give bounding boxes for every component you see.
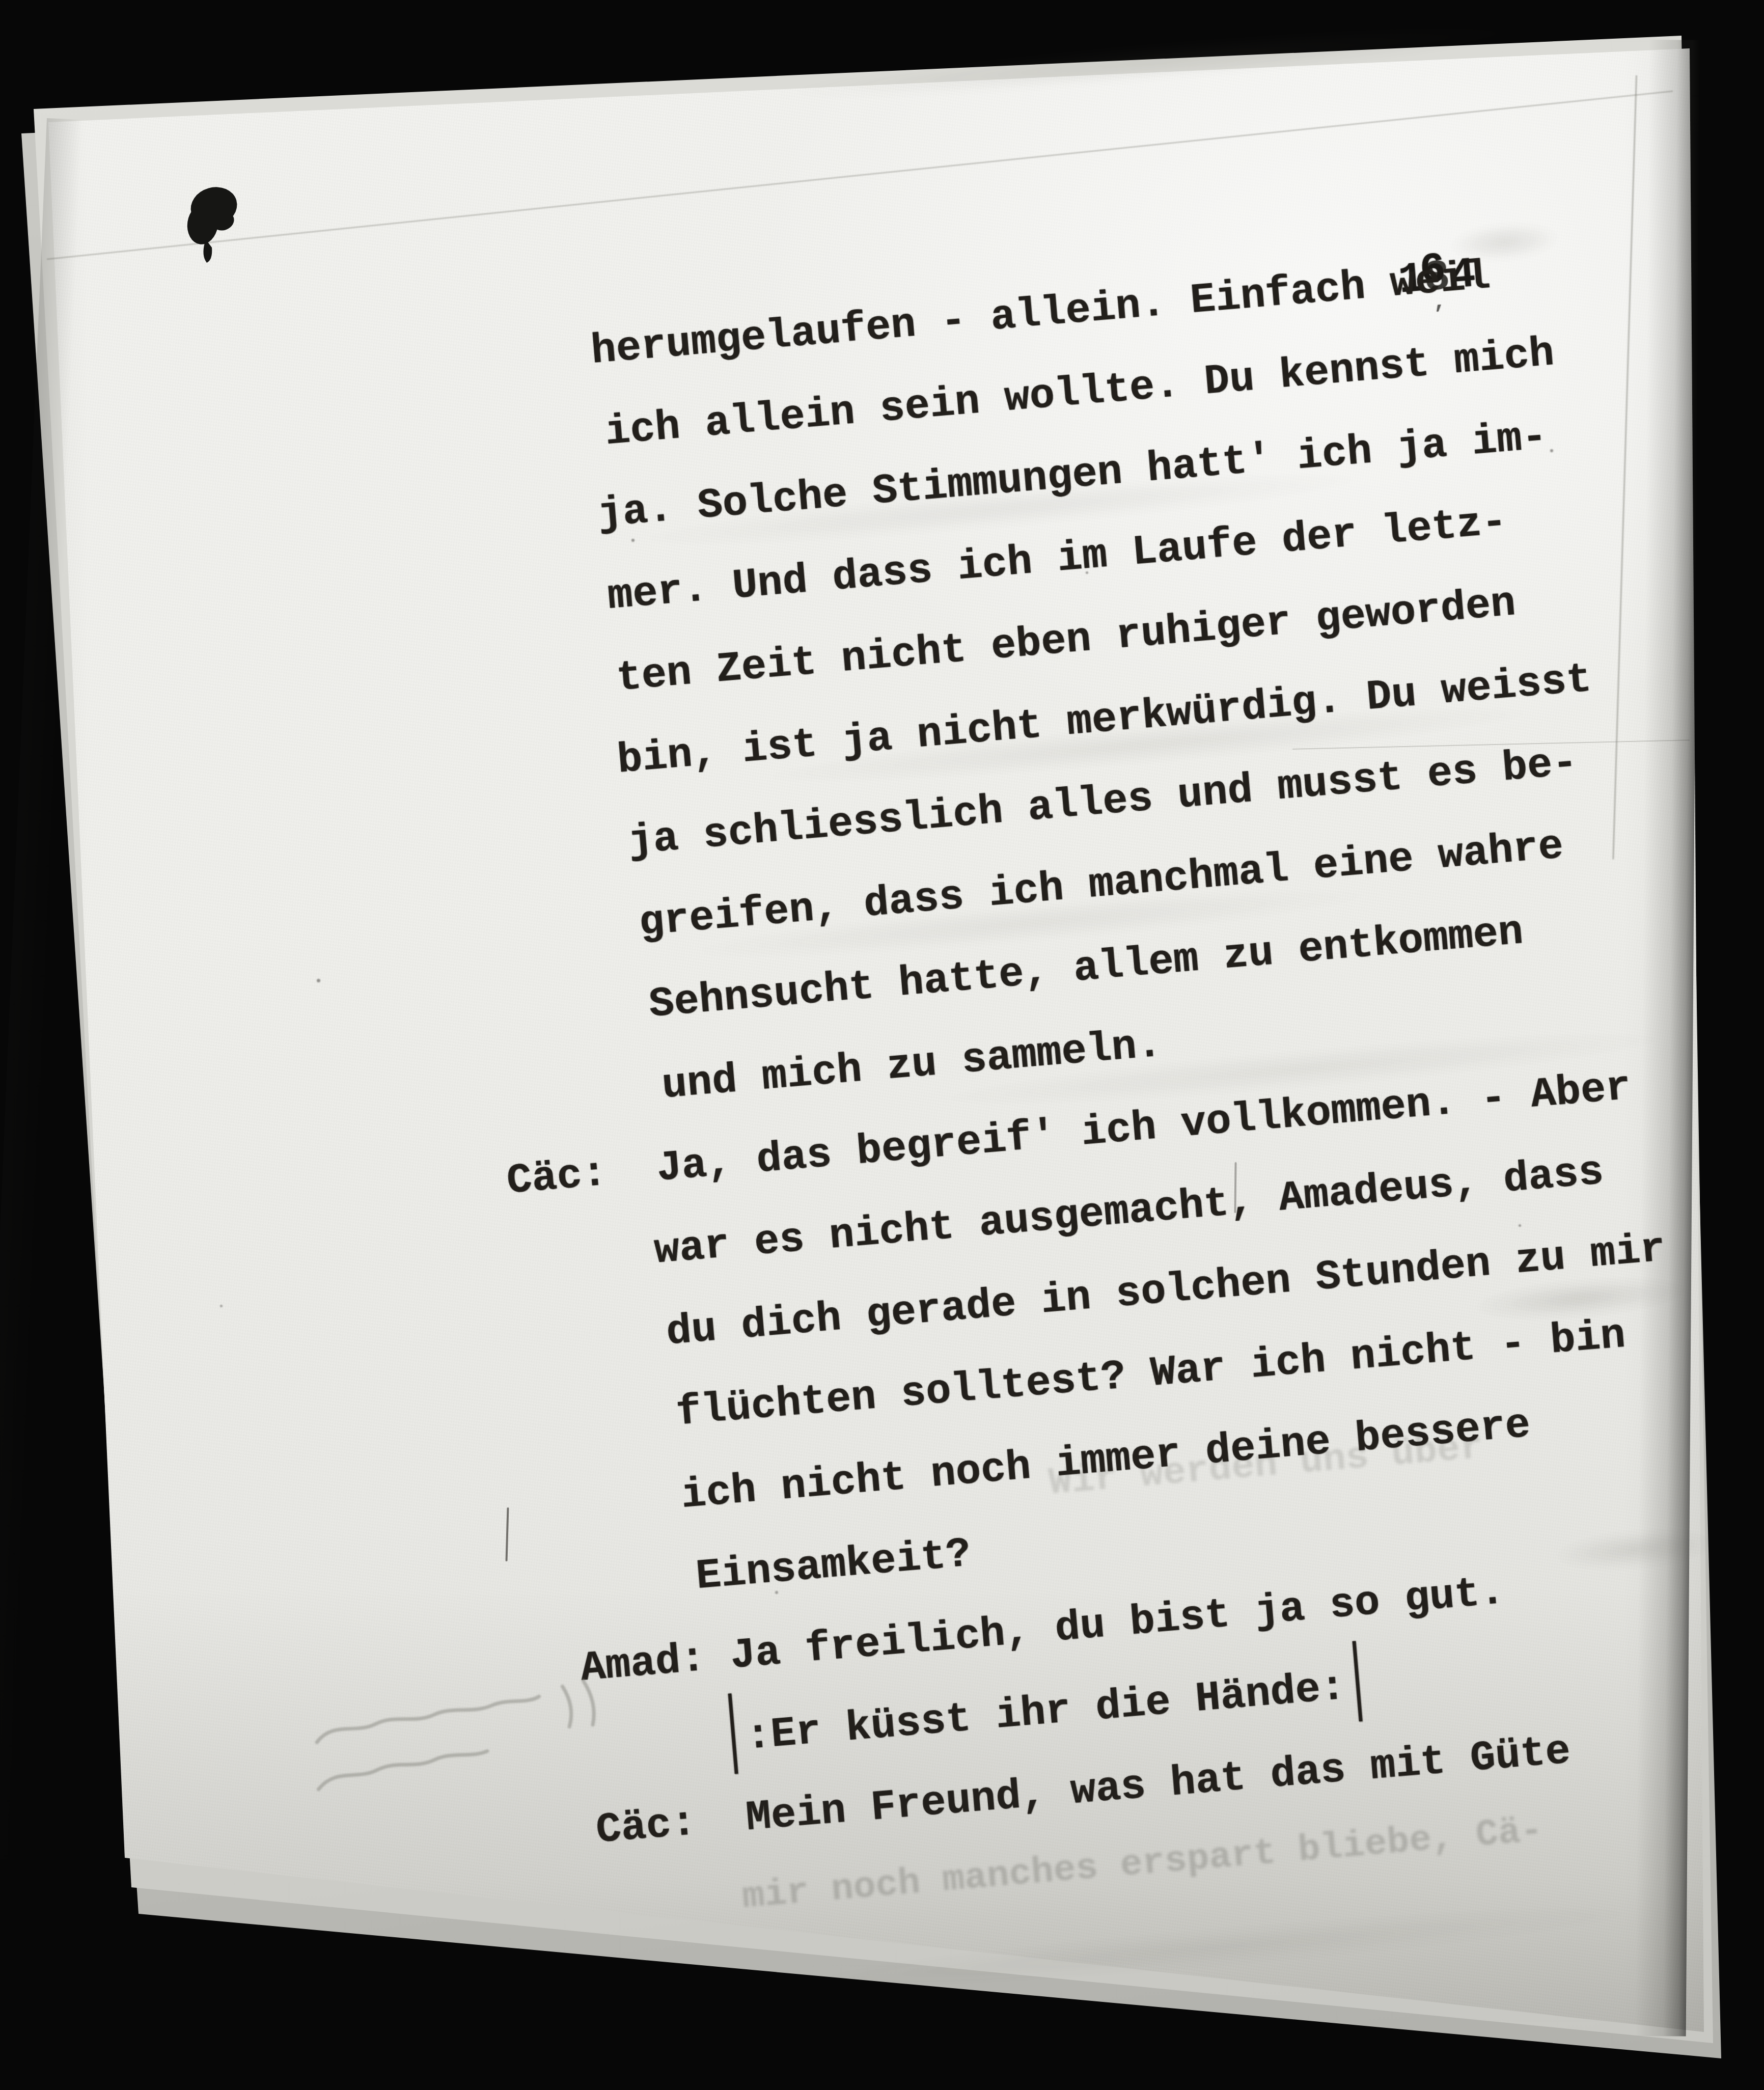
dust-speck (317, 979, 320, 982)
dust-speck (1550, 449, 1553, 452)
speaker-label: Cäc: (594, 1799, 698, 1855)
manuscript-scan: 186,4 Wir werden uns über mir noch manch… (0, 0, 1764, 2090)
dust-speck (775, 1591, 778, 1594)
line-text: Einsamkeit? (694, 1530, 973, 1601)
page-edge-shadow-left (0, 118, 82, 1860)
dust-speck (1086, 571, 1088, 574)
dust-speck (220, 1305, 223, 1307)
speaker-label: Cäc: (505, 1149, 609, 1205)
dust-speck (1519, 1224, 1521, 1227)
ink-blot (172, 177, 259, 274)
dust-speck (631, 539, 635, 542)
speaker-label (498, 994, 502, 1041)
typed-text-layer: Wir werden uns über mir noch manches ers… (438, 212, 1764, 1876)
speaker-label (453, 422, 457, 469)
speaker-label (510, 1075, 514, 1122)
